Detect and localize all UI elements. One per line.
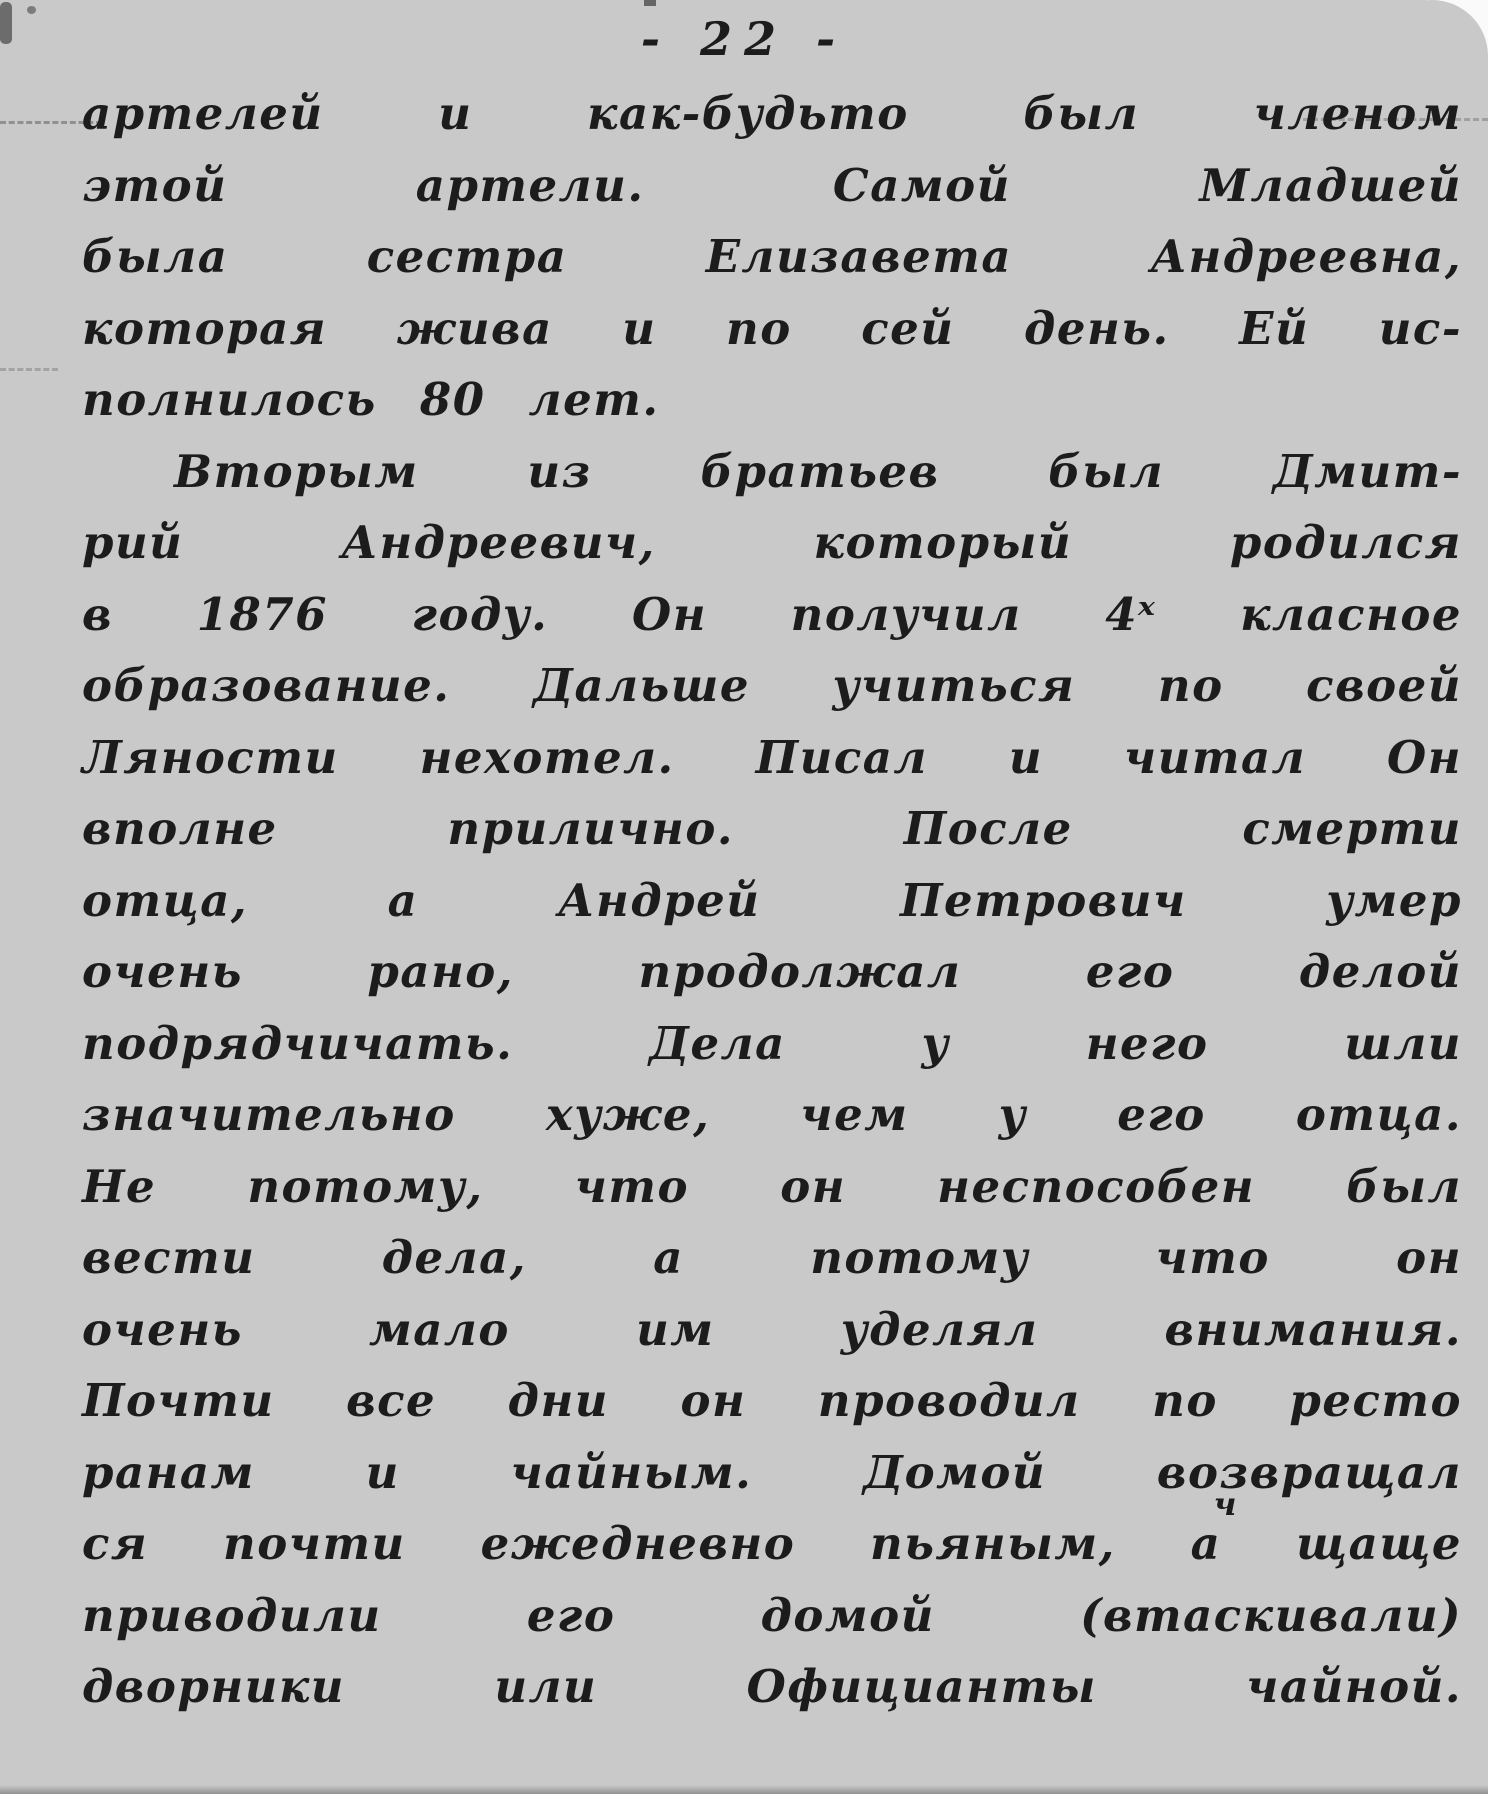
text-line: Почти все дни он проводил по ресто bbox=[82, 1365, 1462, 1437]
line-text: этой артели. Самой Младшей bbox=[82, 159, 1462, 212]
text-line: очень мало им уделял внимания. bbox=[82, 1294, 1462, 1366]
text-line: Не потому, что он неспособен был bbox=[82, 1151, 1462, 1223]
scan-speck bbox=[644, 0, 656, 6]
text-line: очень рано, продолжал его делой bbox=[82, 936, 1462, 1008]
text-line: вести дела, а потому что он bbox=[82, 1222, 1462, 1294]
text-line: Ляности нехотел. Писал и читал Он bbox=[82, 722, 1462, 794]
text-line: значительно хуже, чем у его отца. bbox=[82, 1079, 1462, 1151]
line-text: очень мало им уделял внимания. bbox=[82, 1303, 1462, 1356]
line-text: образование. Дальше учиться по своей bbox=[82, 659, 1462, 712]
text-line: приводили его домой (втаскивали) bbox=[82, 1580, 1462, 1652]
text-line: образование. Дальше учиться по своей bbox=[82, 650, 1462, 722]
text-line: полнилось 80 лет. bbox=[82, 364, 1462, 436]
text-line: Вторым из братьев был Дмит- bbox=[82, 436, 1462, 508]
text-line: подрядчичать. Дела у него шли bbox=[82, 1008, 1462, 1080]
line-text: очень рано, продолжал его делой bbox=[82, 945, 1462, 998]
text-line: этой артели. Самой Младшей bbox=[82, 150, 1462, 222]
line-text: которая жива и по сей день. Ей ис- bbox=[82, 302, 1462, 355]
line-text: вести дела, а потому что он bbox=[82, 1231, 1462, 1284]
line-text: приводили его домой (втаскивали) bbox=[82, 1589, 1462, 1642]
text-line: отца, а Андрей Петрович умер bbox=[82, 865, 1462, 937]
line-text: значительно хуже, чем у его отца. bbox=[82, 1088, 1462, 1141]
manuscript-page: - 22 - артелей и как-будьто был членом э… bbox=[0, 0, 1488, 1794]
line-text: Ляности нехотел. Писал и читал Он bbox=[82, 731, 1462, 784]
handwritten-text-block: артелей и как-будьто был членом этой арт… bbox=[82, 78, 1462, 1723]
page-number: - 22 - bbox=[0, 12, 1488, 66]
line-text: вполне прилично. После смерти bbox=[82, 802, 1462, 855]
line-text: полнилось 80 лет. bbox=[82, 373, 660, 426]
line-text: подрядчичать. Дела у него шли bbox=[82, 1017, 1462, 1070]
line-text: дворники или Официанты чайной. bbox=[82, 1660, 1462, 1713]
line-text: рий Андреевич, который родился bbox=[82, 516, 1462, 569]
line-text: в 1876 году. Он получил 4ˣ класное bbox=[82, 588, 1462, 641]
text-line: артелей и как-будьто был членом bbox=[82, 78, 1462, 150]
text-line: вполне прилично. После смерти bbox=[82, 793, 1462, 865]
text-line: дворники или Официанты чайной. bbox=[82, 1651, 1462, 1723]
text-line: была сестра Елизавета Андреевна, bbox=[82, 221, 1462, 293]
line-text: ранам и чайным. Домой возвращал bbox=[82, 1446, 1462, 1499]
text-line: в 1876 году. Он получил 4ˣ класное bbox=[82, 579, 1462, 651]
scan-dash-line bbox=[0, 368, 58, 371]
line-text: отца, а Андрей Петрович умер bbox=[82, 874, 1462, 927]
text-line: ранам и чайным. Домой возвращал bbox=[82, 1437, 1462, 1509]
line-text: Почти все дни он проводил по ресто bbox=[82, 1374, 1462, 1427]
scan-edge-shadow bbox=[0, 1785, 1488, 1794]
line-text: была сестра Елизавета Андреевна, bbox=[82, 230, 1462, 283]
text-line: ч ся почти ежедневно пьяным, а щаще bbox=[82, 1508, 1462, 1580]
line-text: Вторым из братьев был Дмит- bbox=[174, 445, 1462, 498]
line-text: Не потому, что он неспособен был bbox=[82, 1160, 1462, 1213]
correction-note: ч bbox=[1214, 1488, 1238, 1520]
text-line: которая жива и по сей день. Ей ис- bbox=[82, 293, 1462, 365]
line-text: ся почти ежедневно пьяным, а щаще bbox=[82, 1517, 1462, 1570]
line-text: артелей и как-будьто был членом bbox=[82, 87, 1462, 140]
text-line: рий Андреевич, который родился bbox=[82, 507, 1462, 579]
